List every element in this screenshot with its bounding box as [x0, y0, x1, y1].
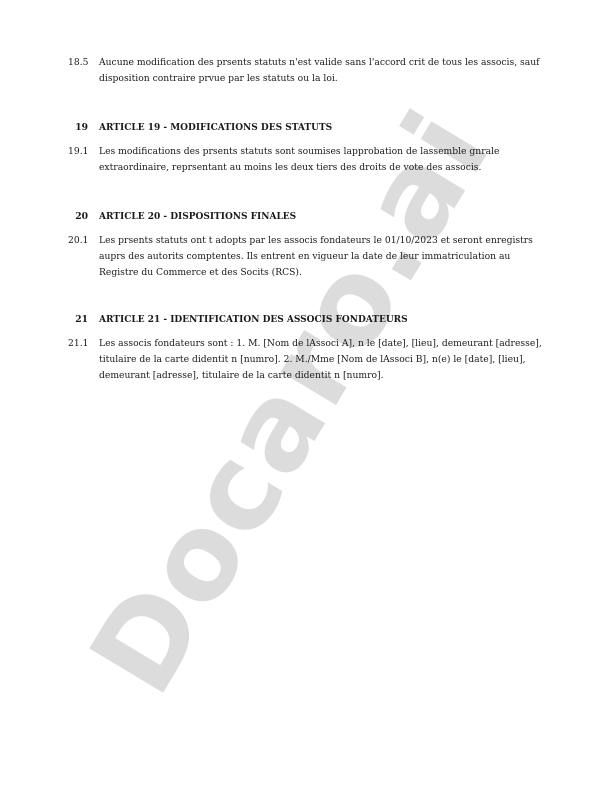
- watermark: Docaro.ai: [63, 88, 516, 717]
- article-title: ARTICLE 21 - IDENTIFICATION DES ASSOCIS …: [99, 312, 551, 328]
- article-title: ARTICLE 19 - MODIFICATIONS DES STATUTS: [99, 120, 551, 136]
- clause-line: Aucune modification des prsents statuts …: [99, 55, 551, 71]
- clause-number: 21.1: [68, 336, 94, 352]
- clause-line: disposition contraire prvue par les stat…: [99, 71, 551, 87]
- clause-text: Les prsents statuts ont t adopts par les…: [99, 233, 551, 281]
- clause-line: Les associs fondateurs sont : 1. M. [Nom…: [99, 336, 551, 352]
- clause-line: Les modifications des prsents statuts so…: [99, 144, 551, 160]
- article-number: 19: [68, 120, 88, 136]
- article-number: 21: [68, 312, 88, 328]
- article-title: ARTICLE 20 - DISPOSITIONS FINALES: [99, 209, 551, 225]
- clause-text: Aucune modification des prsents statuts …: [99, 55, 551, 87]
- clause-line: titulaire de la carte didentit n [numro]…: [99, 352, 551, 368]
- clause-number: 20.1: [68, 233, 94, 249]
- clause-number: 18.5: [68, 55, 94, 71]
- clause-line: Registre du Commerce et des Socits (RCS)…: [99, 265, 551, 281]
- clause-text: Les modifications des prsents statuts so…: [99, 144, 551, 176]
- clause-line: extraordinaire, reprsentant au moins les…: [99, 160, 551, 176]
- clause-number: 19.1: [68, 144, 94, 160]
- document-page: Docaro.ai 18.5 Aucune modification des p…: [0, 0, 612, 792]
- article-number: 20: [68, 209, 88, 225]
- clause-line: auprs des autorits comptentes. Ils entre…: [99, 249, 551, 265]
- clause-text: Les associs fondateurs sont : 1. M. [Nom…: [99, 336, 551, 384]
- clause-line: demeurant [adresse], titulaire de la car…: [99, 368, 551, 384]
- clause-line: Les prsents statuts ont t adopts par les…: [99, 233, 551, 249]
